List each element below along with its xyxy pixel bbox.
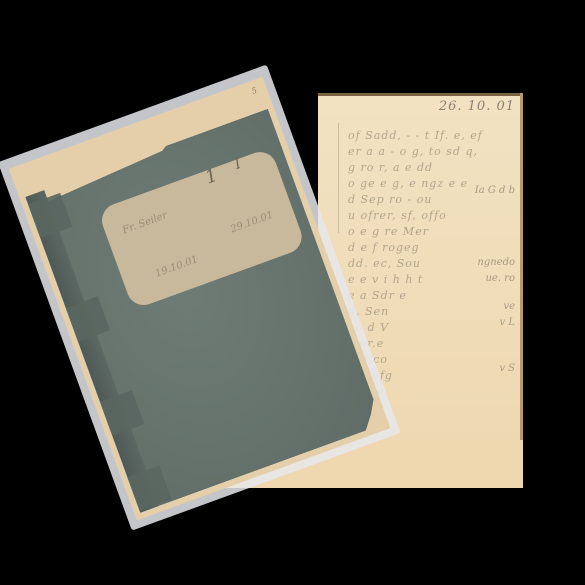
label-date-start: 19.10.01 [154, 254, 200, 280]
photo-scene: 26. 10. 01 of Sadd, - - t If. e, ef er a… [0, 0, 585, 585]
handwriting-line: o ge e g, e ngz e e [348, 177, 468, 190]
margin-note: ue. ro [485, 273, 515, 284]
label-number: 1 [202, 165, 220, 189]
handwriting-line: e a Sdr e [348, 289, 407, 302]
page-date: 26. 10. 01 [439, 99, 515, 114]
margin-note: ngnedo [477, 257, 515, 268]
label-name: Fr. Seiler [121, 210, 169, 236]
margin-note: v S [499, 363, 515, 374]
margin-note: Ia G d b [475, 185, 515, 196]
margin-note: ve [503, 301, 515, 312]
handwriting-line: u ofrer, sf, offo [348, 209, 447, 222]
handwriting-line: e e v i h h t [348, 273, 423, 286]
margin-note: v L [500, 317, 515, 328]
margin-rule [338, 123, 339, 233]
handwriting-line: o e g re Mer [348, 225, 429, 238]
label-date-end: 29.10.01 [229, 210, 275, 236]
handwriting-line: of Sadd, - - t If. e, ef [348, 129, 483, 142]
page-number: 5 [250, 86, 258, 96]
handwriting-line: dd. ec, Sou [348, 257, 421, 270]
handwriting-line: d e f rogeg [348, 241, 420, 254]
handwriting-line: d Sep ro - ou [348, 193, 432, 206]
handwriting-line: er a a - o g, to sd q, [348, 145, 478, 158]
handwriting-line: g ro r, a e dd [348, 161, 433, 174]
